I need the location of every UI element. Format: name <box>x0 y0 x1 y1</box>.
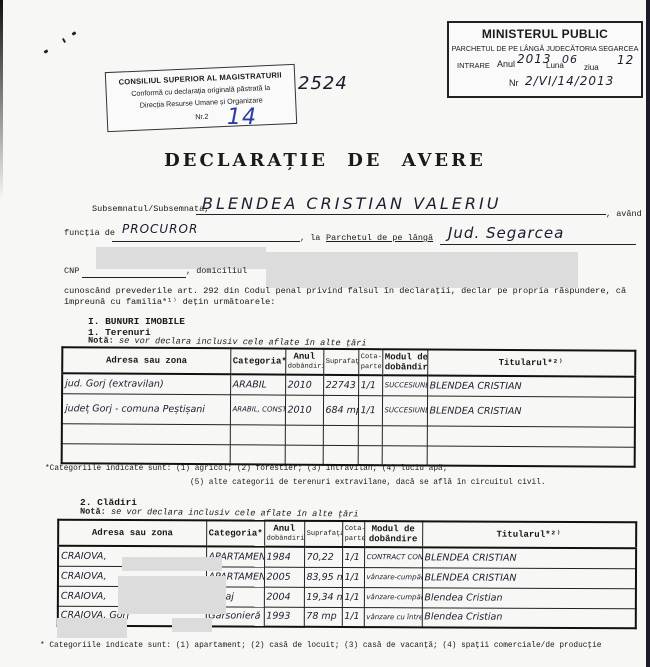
table-cell <box>358 425 382 445</box>
address-redaction <box>122 557 222 571</box>
nota-text: se vor declara inclusiv cele aflate în a… <box>111 507 359 520</box>
subsemnatul-line <box>196 214 606 215</box>
subsemnatul-label: Subsemnatul/Subsemnata, <box>92 204 209 214</box>
col-header-cota: Cota-parte <box>342 521 364 547</box>
document-title: DECLARAȚIE DE AVERE <box>0 150 650 171</box>
table-cell: 2004 <box>264 587 304 607</box>
functia-value: PROCUROR <box>122 222 198 236</box>
table-cell: SUCCESIUNE <box>382 395 427 425</box>
table-cell: 2010 <box>285 395 323 425</box>
table-cell <box>323 445 358 465</box>
domiciliu-redaction <box>266 252 578 288</box>
institutia-line <box>440 244 636 245</box>
table-cell <box>427 425 635 446</box>
scan-speck <box>72 31 77 36</box>
subsemnatul-value: BLENDEA CRISTIAN VALERIU <box>202 194 501 213</box>
address-redaction <box>172 618 212 632</box>
csm-handwritten-number: 2524 <box>298 73 348 94</box>
col-header-suprafata: Suprafața <box>323 349 358 375</box>
col-header-cota: Cota-parte <box>358 349 382 375</box>
terenuri-table: Adresa sau zona Categoria* Anuldobândiri… <box>61 346 637 468</box>
stamp-intrare-label: INTRARE <box>457 61 490 70</box>
table-cell: 1993 <box>264 607 304 627</box>
table-cell: vânzare-cumpărare <box>364 567 422 587</box>
functia-label: funcția de <box>64 228 115 238</box>
nota-label: Notă: <box>80 507 106 517</box>
registration-stamp: MINISTERUL PUBLIC PARCHETUL DE PE LÂNGĂ … <box>447 21 643 98</box>
table-cell: BLENDEA CRISTIAN <box>422 547 636 568</box>
table-cell: CONTRACT CONSTRUCȚIE <box>364 547 422 567</box>
stamp-title: MINISTERUL PUBLIC <box>449 27 641 41</box>
table-cell: Blendea Cristian <box>422 607 636 628</box>
table-cell <box>230 424 285 444</box>
csm-stamp: CONSILIUL SUPERIOR AL MAGISTRATURII Conf… <box>105 64 297 132</box>
institutia-label: Parchetul de pe lângă <box>326 233 433 243</box>
table-cell: ARABIL, CONSTRUCȚIE CURTE <box>230 394 285 424</box>
table-cell <box>358 445 382 465</box>
table-cell: jud. Gorj (extravilan) <box>62 373 230 394</box>
col-header-suprafata: Suprafața <box>304 521 342 547</box>
table-row <box>62 443 635 466</box>
table-cell: 1984 <box>264 547 304 567</box>
table-cell: 1/1 <box>358 395 382 425</box>
col-header-categoria: Categoria* <box>206 520 264 546</box>
col-header-modul: Modul dedobândire <box>364 521 422 547</box>
table-cell: ARABIL <box>230 374 285 394</box>
scan-speck <box>44 49 49 54</box>
table-cell: BLENDEA CRISTIAN <box>422 567 636 588</box>
table-cell <box>230 444 285 464</box>
declaration-paragraph: cunoscând prevederile art. 292 din Codul… <box>64 286 644 308</box>
table-cell: 22743 mp <box>323 375 358 395</box>
nota-label: Notă: <box>88 336 114 346</box>
table-cell: 1/1 <box>342 607 364 627</box>
stamp-anul-label: Anul <box>497 59 515 69</box>
cnp-label: CNP <box>64 266 79 276</box>
table-cell: 1/1 <box>358 375 382 395</box>
table-cell <box>323 425 358 445</box>
stamp-nr-label: Nr <box>509 78 519 88</box>
table-cell <box>427 445 635 466</box>
address-redaction <box>118 576 226 614</box>
table-cell <box>382 445 427 465</box>
domiciliul-label: , domiciliul <box>186 266 247 276</box>
table-cell: 83,95 mp <box>304 567 342 587</box>
terenuri-footnote-1: *Categoriile indicate sunt: (1) agricol;… <box>45 465 447 473</box>
table-cell: 1/1 <box>342 567 364 587</box>
table-cell: județ Gorj - comuna Peștișani <box>62 393 230 424</box>
table-cell: 2005 <box>264 567 304 587</box>
functia-line <box>112 241 300 242</box>
table-cell: 2010 <box>285 375 323 395</box>
table-header-row: Adresa sau zona Categoria* Anuldobândiri… <box>58 520 636 549</box>
col-header-categoria: Categoria* <box>230 348 285 374</box>
la-label: , la <box>300 233 320 243</box>
col-header-adresa: Adresa sau zona <box>62 347 230 374</box>
table-cell <box>382 425 427 445</box>
address-redaction <box>57 618 127 638</box>
table-cell: 19,34 mp <box>304 587 342 607</box>
table-cell: 78 mp <box>304 607 342 627</box>
table-cell: 1/1 <box>342 547 364 567</box>
table-cell <box>62 443 230 464</box>
cladiri-nota: Notă: se vor declara inclusiv cele aflat… <box>80 507 359 520</box>
table-cell <box>285 445 323 465</box>
table-cell: SUCCESIUNE <box>382 375 427 395</box>
table-cell: Blendea Cristian <box>422 587 636 608</box>
stamp-ziua-value: 12 <box>617 53 634 67</box>
table-cell: 684 mp <box>323 395 358 425</box>
table-cell: 70,22 <box>304 547 342 567</box>
col-header-titularul: Titularul*²⁾ <box>427 349 635 376</box>
table-cell: BLENDEA CRISTIAN <box>427 375 635 396</box>
csm-stamp-line4: Nr.2 <box>108 108 296 125</box>
terenuri-footnote-2: (5) alte categorii de terenuri extravila… <box>190 479 546 487</box>
col-header-modul: Modul dedobândire <box>382 349 427 375</box>
stamp-nr-value: 2/VI/14/2013 <box>525 74 614 88</box>
scan-speck <box>62 38 66 43</box>
institutia-value: Jud. Segarcea <box>448 224 564 242</box>
col-header-anul: Anuldobândirii <box>285 349 323 375</box>
section-heading-bunuri-imobile: I. BUNURI IMOBILE <box>88 316 185 327</box>
stamp-ziua-label: ziua <box>584 63 599 72</box>
stamp-luna-value: 06 <box>562 53 578 66</box>
csm-ink-mark: 14 <box>227 105 257 130</box>
col-header-adresa: Adresa sau zona <box>58 520 206 547</box>
table-cell: BLENDEA CRISTIAN <box>427 395 635 426</box>
table-header-row: Adresa sau zona Categoria* Anuldobândiri… <box>62 347 635 376</box>
table-cell: vânzare-cumpărare <box>364 587 422 607</box>
table-cell: 1/1 <box>342 587 364 607</box>
table-cell: vânzare cu întreținere <box>364 607 422 627</box>
avand-label: , având <box>606 209 642 219</box>
scan-edge-right <box>646 0 650 667</box>
cladiri-footnote-1: * Categoriile indicate sunt: (1) apartam… <box>40 642 601 650</box>
col-header-titularul: Titularul*²⁾ <box>422 521 636 548</box>
table-cell <box>285 425 323 445</box>
table-cell <box>62 423 230 444</box>
cnp-line <box>82 277 186 278</box>
table-row: județ Gorj - comuna PeștișaniARABIL, CON… <box>62 393 635 426</box>
col-header-anul: Anuldobândirii <box>264 521 304 547</box>
